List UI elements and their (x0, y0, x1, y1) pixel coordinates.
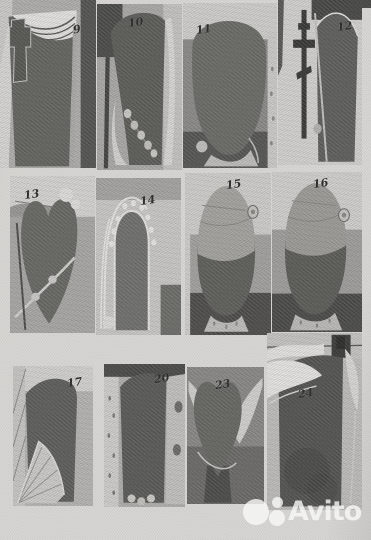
photo-number: 17 (67, 376, 84, 389)
scanned-monument-catalog-page: 9 10 (0, 0, 371, 540)
catalog-photo-20: 20 (104, 364, 185, 507)
catalog-photo-9: 9 (0, 0, 96, 168)
catalog-photo-17: 17 (13, 366, 93, 506)
catalog-photo-24: 24 (267, 333, 362, 510)
monument-photo-art (0, 0, 96, 168)
monument-photo-art (97, 4, 182, 170)
catalog-photo-15: 15 (185, 173, 271, 335)
monument-photo-art (104, 364, 185, 507)
catalog-photo-10: 10 (97, 4, 182, 170)
photo-number: 16 (312, 177, 329, 190)
catalog-photo-11: 11 (183, 3, 277, 168)
monument-photo-art (96, 178, 181, 335)
photo-number: 23 (214, 378, 231, 391)
photo-number: 10 (127, 16, 144, 29)
monument-photo-art (185, 173, 271, 335)
monument-photo-art (10, 176, 95, 333)
avito-logo-dot-medium-icon (269, 510, 285, 526)
catalog-photo-13: 13 (10, 176, 95, 333)
catalog-photo-23: 23 (187, 367, 264, 504)
catalog-photo-16: 16 (272, 172, 362, 332)
catalog-photo-14: 14 (96, 178, 181, 335)
monument-photo-art (272, 172, 362, 332)
photo-number: 11 (195, 23, 212, 36)
catalog-photo-12: 12 (278, 0, 362, 165)
photo-number: 14 (139, 194, 156, 207)
monument-photo-art (267, 333, 362, 510)
photo-number: 12 (336, 20, 353, 33)
photo-number: 15 (225, 178, 242, 191)
photo-number: 24 (298, 387, 315, 400)
photo-number: 13 (23, 187, 40, 200)
photo-number: 20 (153, 371, 170, 384)
photo-number: 9 (72, 23, 81, 35)
